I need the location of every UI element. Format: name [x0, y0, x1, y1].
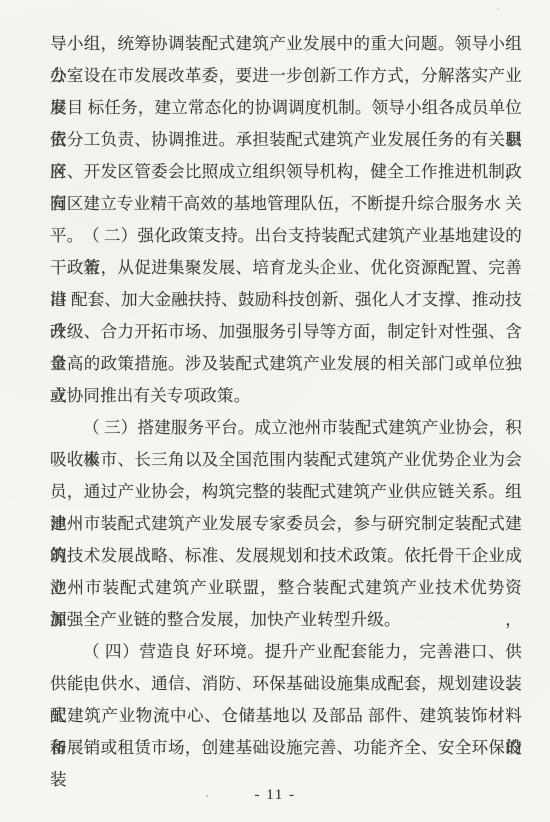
text-line: 的技术发展战略、标准、发展规划和技术政策。依托骨干企业成立 — [50, 540, 522, 572]
paragraph: 导小组，统筹协调装配式建筑产业发展中的重大问题。领导小组办公室设在市发展改革委，… — [50, 28, 522, 220]
text-line: （ 二）强化政策支持。出台支持装配式建筑产业基地建设的若 — [50, 220, 522, 252]
document-body: 导小组，统筹协调装配式建筑产业发展中的重大问题。领导小组办公室设在市发展改革委，… — [50, 28, 522, 764]
scan-speck — [206, 795, 208, 797]
paragraph: （ 四）营造良 好环境。提升产业配套能力，完善港口、供电、供能，供水、通信、消防… — [50, 636, 522, 764]
paragraph: （ 三）搭建服务平台。成立池州市装配式建筑产业协会，积极吸收本市、长三角以及全国… — [50, 412, 522, 636]
text-line: 吸收本市、长三角以及全国范围内装配式建筑产业优势企业为会 — [50, 444, 522, 476]
text-line: 口 配套、加大金融扶持、鼓励科技创新、强化人才支撑、推动技改 — [50, 284, 522, 316]
text-line: （ 四）营造良 好环境。提升产业配套能力，完善港口、供电、 — [50, 636, 522, 668]
text-line: 责分工负责、协调推进。承担装配式建筑产业发展任务的有关县区政 — [50, 124, 522, 156]
page-number: - 11 - — [255, 787, 296, 803]
text-line: 池州市装配式建筑产业发展专家委员会，参与研究制定装配式建筑 — [50, 508, 522, 540]
text-line: 展目 标任务，建立常态化的协调调度机制。领导小组各成员单位依职 — [50, 92, 522, 124]
paragraph: （ 二）强化政策支持。出台支持装配式建筑产业基地建设的若干政策，从促进集聚发展、… — [50, 220, 522, 412]
text-line: 公室设在市发展改革委，要进一步创新工作方式，分解落实产业发 — [50, 60, 522, 92]
scan-speck — [497, 8, 499, 10]
text-line: 或协同推出有关专项政策。 — [50, 380, 522, 412]
document-page: 导小组，统筹协调装配式建筑产业发展中的重大问题。领导小组办公室设在市发展改革委，… — [0, 0, 550, 822]
text-line: 员，通过产业协会，构筑完整的装配式建筑产业供应链关系。组建 — [50, 476, 522, 508]
text-line: 导小组，统筹协调装配式建筑产业发展中的重大问题。领导小组办 — [50, 28, 522, 60]
text-line: 干政策，从促进集聚发展、培育龙头企业、优化资源配置、完善港 — [50, 252, 522, 284]
text-line: 备展销或租赁市场，创建基础设施完善、功能齐全、安全环保的装 — [50, 732, 522, 764]
text-line: 供能，供水、通信、消防、环保基础设施集成配套，规划建设装配 — [50, 668, 522, 700]
text-line: 式建筑产业物流中心、仓储基地以 及部品 部件、建筑装饰材料和设 — [50, 700, 522, 732]
text-line: 府、开发区管委会比照成立组织领导机构，健全工作推进机制，有关 — [50, 156, 522, 188]
text-line: （ 三）搭建服务平台。成立池州市装配式建筑产业协会，积极 — [50, 412, 522, 444]
text-line: 量高的政策措施。涉及装配式建筑产业发展的相关部门或单位独立 — [50, 348, 522, 380]
text-line: 升级、合力开拓市场、加强服务引导等方面，制定针对性强、含金 — [50, 316, 522, 348]
page-footer: - 11 - — [0, 786, 550, 804]
text-line: 园区建立专业精干高效的基地管理队伍，不断提升综合服务水平。 — [50, 188, 522, 220]
text-line: 池州市装配式建筑产业联盟，整合装配式建筑产业技术优势资源， — [50, 572, 522, 604]
